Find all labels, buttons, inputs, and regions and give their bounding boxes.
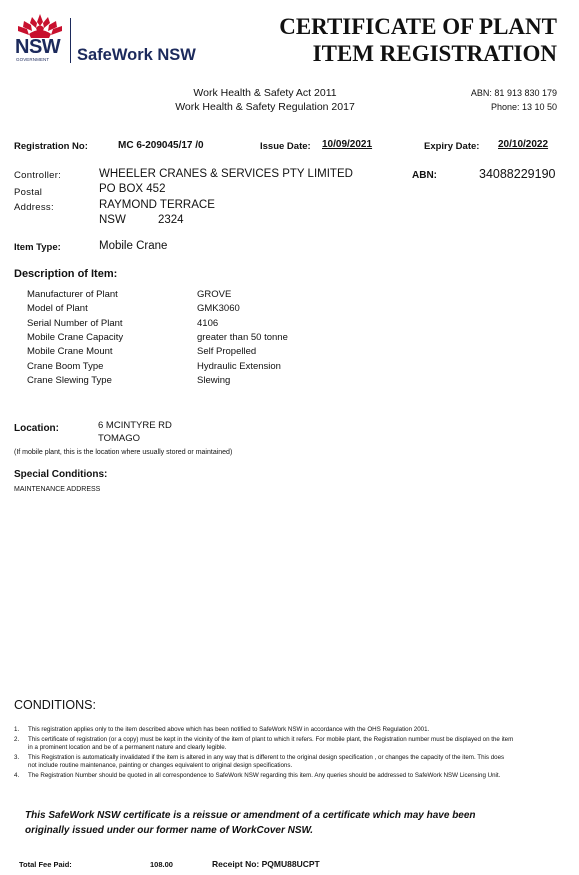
address-line-2: RAYMOND TERRACE xyxy=(99,199,215,211)
receipt-number: Receipt No: PQMU88UCPT xyxy=(212,859,320,869)
description-label: Mobile Crane Capacity xyxy=(27,332,123,343)
description-value: GROVE xyxy=(197,289,231,300)
issue-date-label: Issue Date: xyxy=(260,141,311,152)
agency-abn: ABN: 81 913 830 179 xyxy=(471,86,557,100)
postal-label: Postal xyxy=(14,187,42,198)
location-line-1: 6 MCINTYRE RD xyxy=(98,420,172,431)
condition-item: 4.The Registration Number should be quot… xyxy=(14,772,514,781)
description-heading: Description of Item: xyxy=(14,268,117,280)
location-note: (If mobile plant, this is the location w… xyxy=(14,449,232,456)
reissue-note-line-1: This SafeWork NSW certificate is a reiss… xyxy=(25,808,476,823)
controller-abn-label: ABN: xyxy=(412,170,437,181)
condition-text: This Registration is automatically inval… xyxy=(28,754,504,770)
condition-number: 4. xyxy=(14,772,19,781)
condition-text: The Registration Number should be quoted… xyxy=(28,772,500,779)
waratah-logo-icon xyxy=(15,12,65,38)
receipt-value: PQMU88UCPT xyxy=(262,859,320,869)
controller-abn: 34088229190 xyxy=(479,167,555,181)
conditions-list: 1.This registration applies only to the … xyxy=(14,726,514,782)
act-name: Work Health & Safety Act 2011 xyxy=(170,86,360,100)
address-state: NSW xyxy=(99,214,126,226)
description-label: Crane Slewing Type xyxy=(27,375,112,386)
government-logo-text: GOVERNMENT xyxy=(16,57,49,62)
controller-label: Controller: xyxy=(14,170,61,181)
total-fee: 108.00 xyxy=(150,860,173,869)
location-line-2: TOMAGO xyxy=(98,433,140,444)
condition-number: 1. xyxy=(14,726,19,735)
location-label: Location: xyxy=(14,423,59,434)
total-fee-label: Total Fee Paid: xyxy=(19,860,72,869)
title-line-1: CERTIFICATE OF PLANT xyxy=(279,13,557,40)
item-type-label: Item Type: xyxy=(14,242,61,253)
address-line-1: PO BOX 452 xyxy=(99,183,165,195)
condition-text: This certificate of registration (or a c… xyxy=(28,736,513,752)
expiry-date: 20/10/2022 xyxy=(498,139,548,150)
description-label: Serial Number of Plant xyxy=(27,318,123,329)
regulation-name: Work Health & Safety Regulation 2017 xyxy=(170,100,360,114)
registration-label: Registration No: xyxy=(14,141,88,152)
condition-item: 2.This certificate of registration (or a… xyxy=(14,736,514,753)
description-value: Self Propelled xyxy=(197,346,256,357)
reissue-note-line-2: originally issued under our former name … xyxy=(25,823,476,838)
condition-item: 3.This Registration is automatically inv… xyxy=(14,754,514,771)
description-value: greater than 50 tonne xyxy=(197,332,288,343)
expiry-date-label: Expiry Date: xyxy=(424,141,479,152)
description-value: 4106 xyxy=(197,318,218,329)
brand-name: SafeWork NSW xyxy=(77,46,196,65)
title-line-2: ITEM REGISTRATION xyxy=(279,40,557,67)
description-label: Manufacturer of Plant xyxy=(27,289,118,300)
condition-number: 2. xyxy=(14,736,19,745)
special-conditions-heading: Special Conditions: xyxy=(14,469,107,480)
condition-item: 1.This registration applies only to the … xyxy=(14,726,514,735)
condition-number: 3. xyxy=(14,754,19,763)
condition-text: This registration applies only to the it… xyxy=(28,726,429,733)
certificate-title: CERTIFICATE OF PLANT ITEM REGISTRATION xyxy=(279,13,557,67)
address-postcode: 2324 xyxy=(158,214,184,226)
description-label: Model of Plant xyxy=(27,303,88,314)
logo-divider xyxy=(70,18,71,63)
special-conditions-value: MAINTENANCE ADDRESS xyxy=(14,486,100,493)
legislation: Work Health & Safety Act 2011 Work Healt… xyxy=(170,86,360,114)
contact-info: ABN: 81 913 830 179 Phone: 13 10 50 xyxy=(471,86,557,114)
description-label: Crane Boom Type xyxy=(27,361,103,372)
address-label: Address: xyxy=(14,202,54,213)
description-value: Hydraulic Extension xyxy=(197,361,281,372)
reissue-note: This SafeWork NSW certificate is a reiss… xyxy=(25,808,476,838)
description-label: Mobile Crane Mount xyxy=(27,346,113,357)
description-value: GMK3060 xyxy=(197,303,240,314)
description-value: Slewing xyxy=(197,375,230,386)
registration-number: MC 6-209045/17 /0 xyxy=(118,140,204,151)
conditions-heading: CONDITIONS: xyxy=(14,698,96,712)
controller-name: WHEELER CRANES & SERVICES PTY LIMITED xyxy=(99,168,353,180)
receipt-label: Receipt No: xyxy=(212,859,259,869)
agency-phone: Phone: 13 10 50 xyxy=(471,100,557,114)
issue-date: 10/09/2021 xyxy=(322,139,372,150)
nsw-logo-text: NSW xyxy=(15,37,60,57)
item-type: Mobile Crane xyxy=(99,240,167,252)
